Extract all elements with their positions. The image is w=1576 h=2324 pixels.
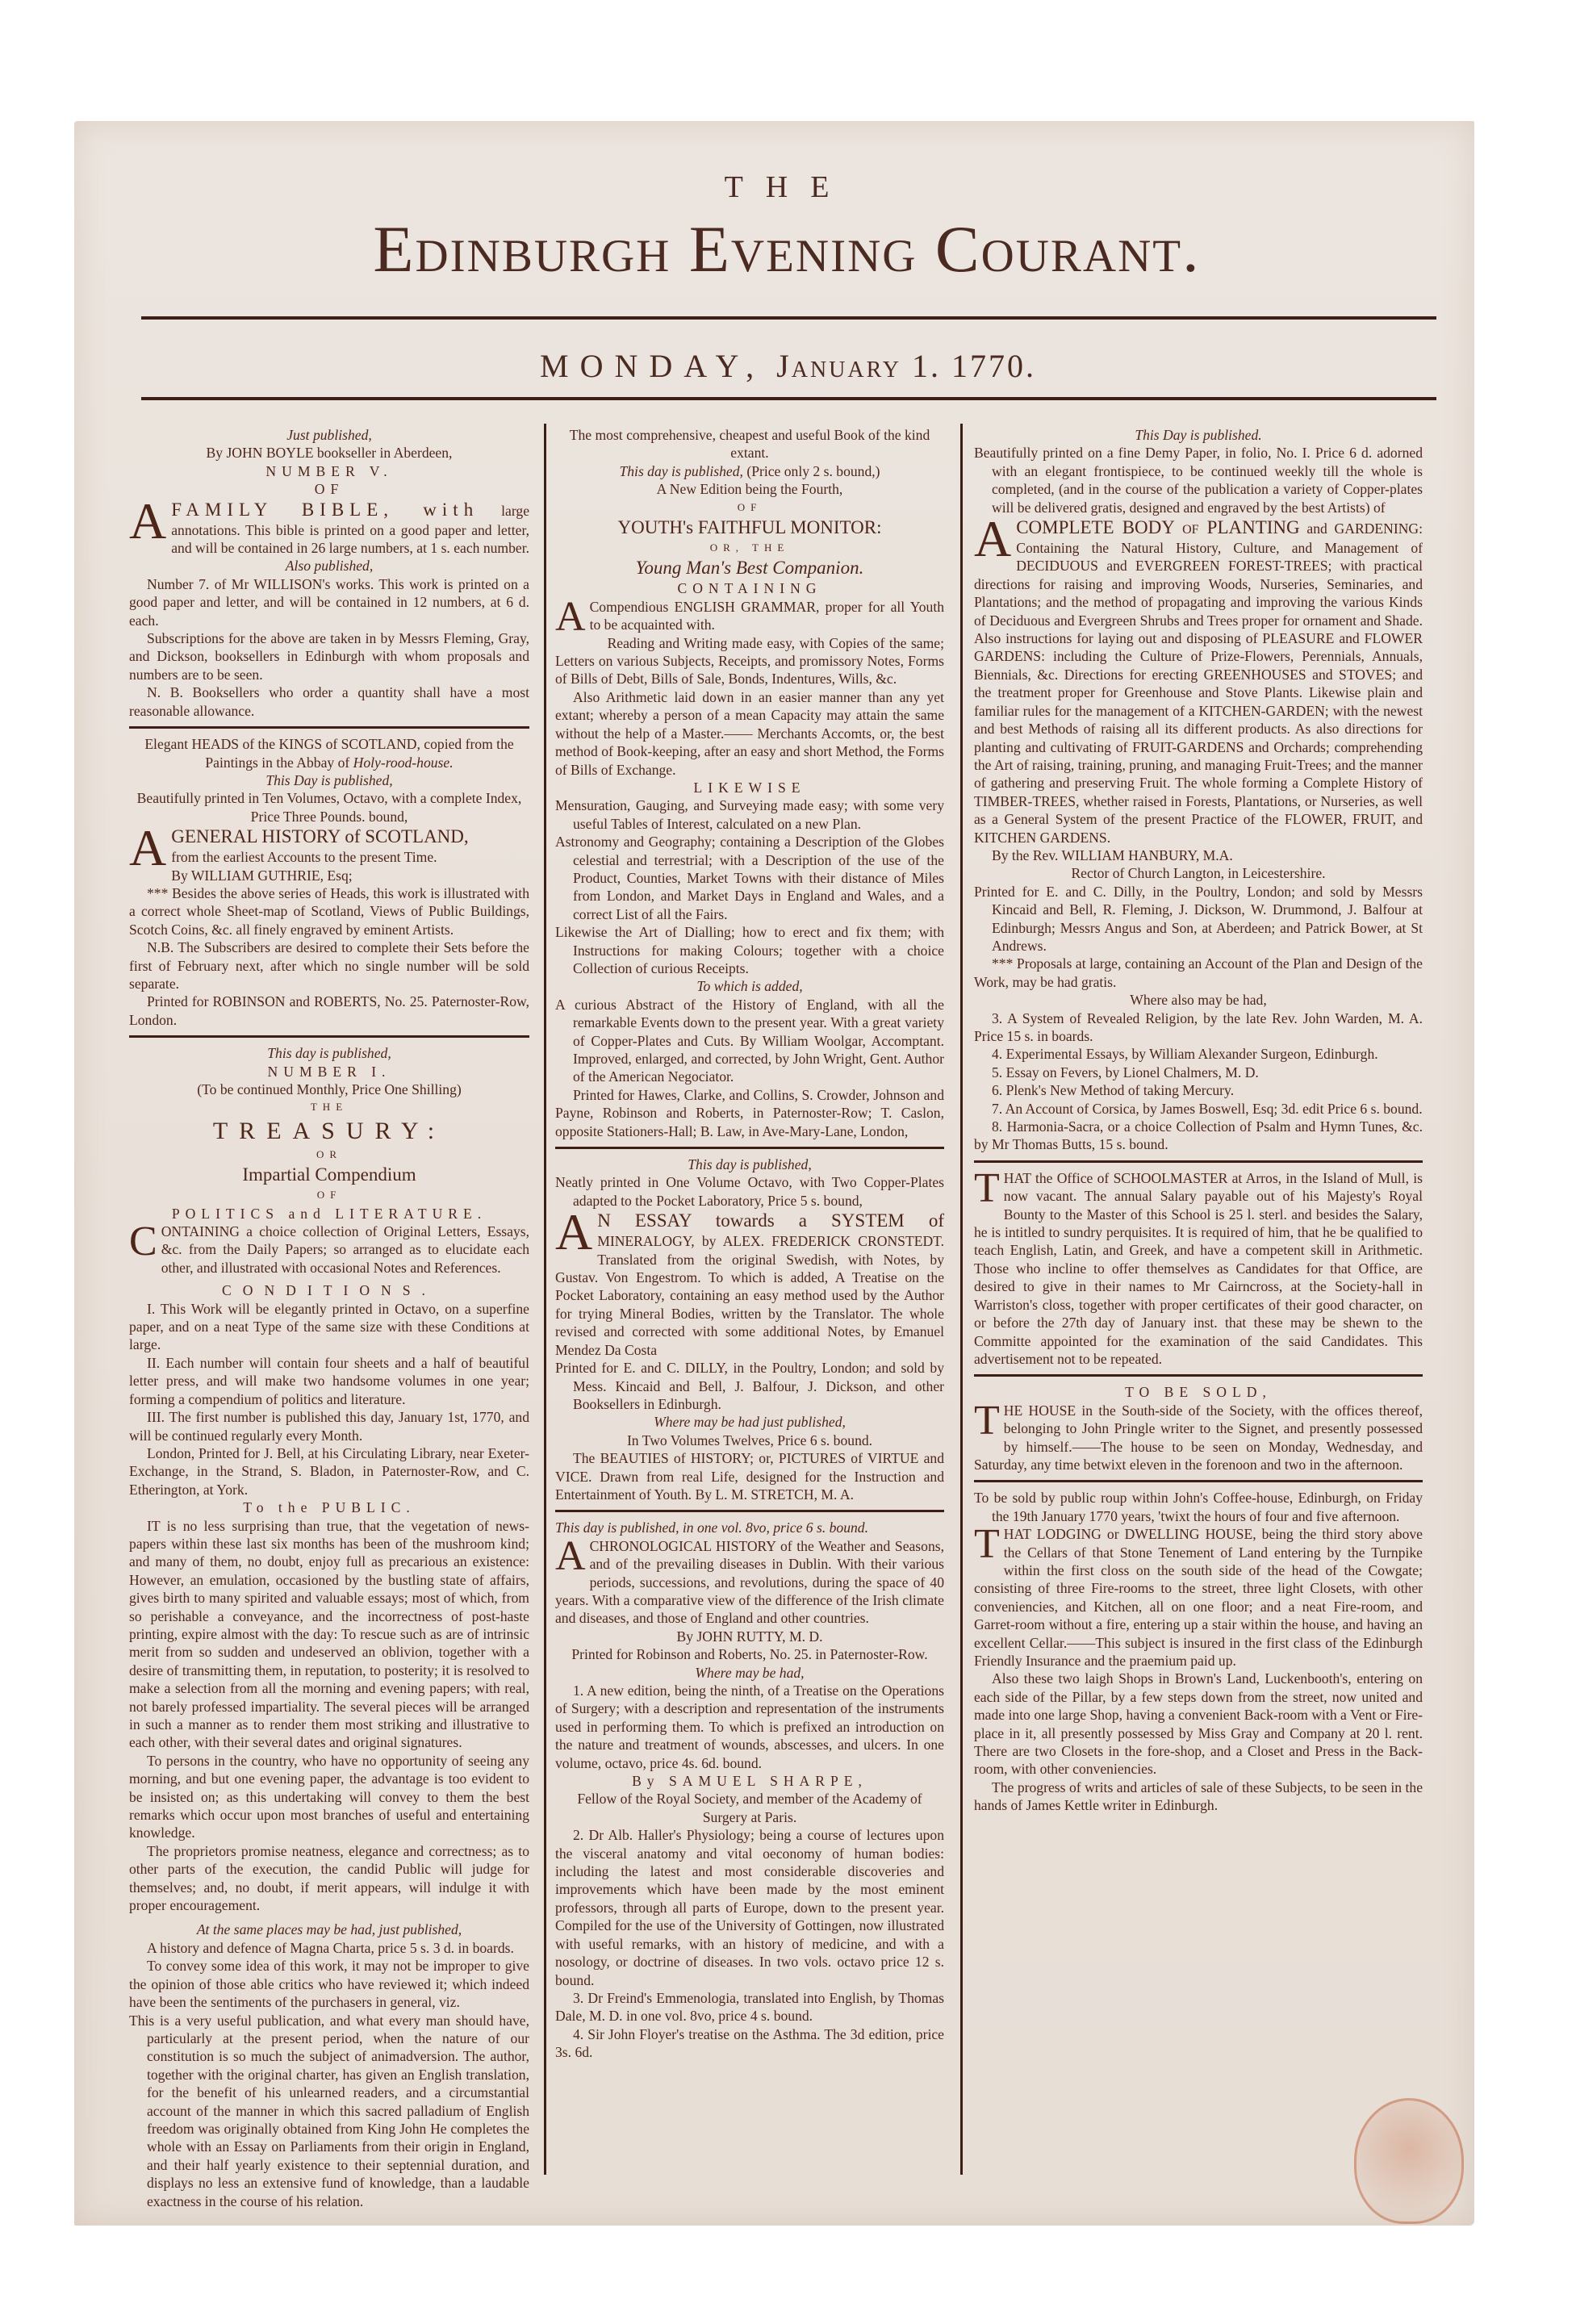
body: Also these two laigh Shops in Brown's La… — [974, 1670, 1423, 1778]
kicker: This Day is published. — [974, 426, 1423, 444]
masthead-rule-bottom — [141, 397, 1436, 400]
review-quote: This is a very useful publication, and w… — [129, 2012, 529, 2210]
kicker: Where also may be had, — [974, 991, 1423, 1009]
heads-line: Elegant HEADS of the KINGS of SCOTLAND, … — [144, 736, 513, 770]
kicker: This Day is published, — [129, 771, 529, 789]
drop-cap: T — [974, 1527, 1000, 1562]
headline: N ESSAY towards a SYSTEM of — [597, 1210, 944, 1231]
author: By SAMUEL SHARPE, — [555, 1772, 944, 1790]
drop-cap: A — [555, 600, 586, 635]
body: CHRONOLOGICAL HISTORY of the Weather and… — [555, 1538, 944, 1627]
body: N. B. Booksellers who order a quantity s… — [129, 683, 529, 720]
containing-line: CONTAINING — [555, 579, 944, 597]
body: IT is no less surprising than true, that… — [129, 1517, 529, 1752]
masthead-rule-top — [141, 316, 1436, 320]
drop-cap: T — [974, 1171, 1000, 1206]
body: Reading and Writing made easy, with Copi… — [555, 634, 944, 688]
list-item: 3. A System of Revealed Religion, by the… — [974, 1009, 1423, 1046]
section-rule — [129, 726, 529, 729]
kicker: Where may be had, — [555, 1664, 944, 1682]
imprint: Printed for E. and C. Dilly, in the Poul… — [974, 883, 1423, 955]
headline: FAMILY BIBLE, with — [171, 499, 479, 520]
column-3: This Day is published. Beautifully print… — [974, 426, 1423, 1815]
kicker: This day is published, — [555, 1156, 944, 1173]
of-line: OF — [129, 480, 529, 498]
imprint: Printed for E. and C. DILLY, in the Poul… — [555, 1359, 944, 1413]
heading: TO BE SOLD, — [974, 1383, 1423, 1401]
body: N.B. The Subscribers are desired to comp… — [129, 938, 529, 993]
imprint: London, Printed for J. Bell, at his Circ… — [129, 1444, 529, 1498]
number-line: NUMBER V. — [129, 462, 529, 480]
ad-mineralogy: This day is published, Neatly printed in… — [555, 1156, 944, 1503]
section-rule — [974, 1480, 1423, 1482]
continued-line: (To be continued Monthly, Price One Shil… — [129, 1080, 529, 1098]
body: Number 7. of Mr WILLISON's works. This w… — [129, 575, 529, 629]
of-line: OF — [555, 499, 944, 516]
body: A history and defence of Magna Charta, p… — [129, 1939, 529, 1957]
body: HAT LODGING or DWELLING HOUSE, being the… — [974, 1526, 1423, 1669]
body: ONTAINING a choice collection of Origina… — [161, 1223, 529, 1276]
list-item: 4. Sir John Floyer's treatise on the Ast… — [555, 2025, 944, 2062]
body: Neatly printed in One Volume Octavo, wit… — [555, 1173, 944, 1210]
headline: GENERAL HISTORY of SCOTLAND, — [171, 826, 468, 846]
ad-treasury: This day is published, NUMBER I. (To be … — [129, 1044, 529, 2210]
volumes: In Two Volumes Twelves, Price 6 s. bound… — [555, 1432, 944, 1449]
subtitle: Young Man's Best Companion. — [555, 557, 944, 579]
author-title: Fellow of the Royal Society, and member … — [555, 1790, 944, 1826]
kicker: Also published, — [129, 557, 529, 575]
list-item: 5. Essay on Fevers, by Lionel Chalmers, … — [974, 1064, 1423, 1081]
body: HAT the Office of SCHOOLMASTER at Arros,… — [974, 1170, 1423, 1367]
edition: A New Edition being the Fourth, — [555, 480, 944, 498]
body: To convey some idea of this work, it may… — [129, 1957, 529, 2011]
list-item: 8. Harmonia-Sacra, or a choice Collectio… — [974, 1118, 1423, 1154]
or-the-line: OR, THE — [555, 539, 944, 557]
body: *** Proposals at large, containing an Ac… — [974, 955, 1423, 991]
condition: III. The first number is published this … — [129, 1408, 529, 1444]
tax-stamp-seal — [1354, 2098, 1464, 2224]
likewise-heading: LIKEWISE — [555, 779, 944, 796]
subject: POLITICS and LITERATURE. — [129, 1205, 529, 1223]
title: YOUTH's FAITHFUL MONITOR: — [555, 516, 944, 539]
kicker: Just published, — [129, 426, 529, 444]
ad-public-roup: To be sold by public roup within John's … — [974, 1489, 1423, 1814]
number-line: NUMBER I. — [129, 1063, 529, 1080]
body: *** Besides the above series of Heads, t… — [129, 884, 529, 938]
ad-planting: This Day is published. Beautifully print… — [974, 426, 1423, 1154]
column-divider-1 — [544, 424, 546, 2175]
publisher-line: By JOHN BOYLE bookseller in Aberdeen, — [129, 444, 529, 462]
list-item: Mensuration, Gauging, and Surveying made… — [555, 796, 944, 833]
list-item: 4. Experimental Essays, by William Alexa… — [974, 1045, 1423, 1063]
body: The proprietors promise neatness, elegan… — [129, 1842, 529, 1915]
list-item: 6. Plenk's New Method of taking Mercury. — [974, 1081, 1423, 1099]
the-line: THE — [129, 1098, 529, 1116]
ad-house-for-sale: TO BE SOLD, THE HOUSE in the South-side … — [974, 1383, 1423, 1473]
conditions-heading: CONDITIONS. — [129, 1281, 529, 1299]
kicker: To which is added, — [555, 977, 944, 995]
section-rule — [129, 1035, 529, 1038]
body: Beautifully printed in Ten Volumes, Octa… — [129, 789, 529, 826]
drop-cap: A — [974, 518, 1011, 560]
column-1: Just published, By JOHN BOYLE bookseller… — [129, 426, 529, 2210]
section-rule — [974, 1374, 1423, 1377]
body: MINERALOGY, by ALEX. FREDERICK CRONSTEDT… — [555, 1233, 944, 1357]
list-item: 7. An Account of Corsica, by James Boswe… — [974, 1100, 1423, 1118]
body: A curious Abstract of the History of Eng… — [555, 996, 944, 1086]
body: HE HOUSE in the South-side of the Societ… — [974, 1402, 1423, 1473]
body: and GARDENING: Containing the Natural Hi… — [974, 520, 1423, 846]
list-item: 3. Dr Freind's Emmenologia, translated i… — [555, 1989, 944, 2025]
lead: To be sold by public roup within John's … — [974, 1489, 1423, 1525]
kicker: At the same places may be had, just publ… — [129, 1921, 529, 1938]
kicker: This day is published, — [619, 463, 742, 479]
body: Subscriptions for the above are taken in… — [129, 629, 529, 683]
body: The BEAUTIES of HISTORY; or, PICTURES of… — [555, 1449, 944, 1503]
masthead-the: THE — [0, 169, 1576, 205]
dateline-day: MONDAY, — [540, 348, 765, 384]
body: Compendious ENGLISH GRAMMAR, proper for … — [590, 599, 944, 633]
place: Holy-rood-house. — [353, 754, 454, 771]
ad-youths-monitor: The most comprehensive, cheapest and use… — [555, 426, 944, 1140]
headline: COMPLETE BODY of PLANTING — [1016, 517, 1299, 537]
dateline-date: January 1. 1770. — [776, 348, 1036, 384]
drop-cap: C — [129, 1224, 157, 1260]
kicker: This day is published, in one vol. 8vo, … — [555, 1519, 944, 1536]
ad-schoolmaster: THAT the Office of SCHOOLMASTER at Arros… — [974, 1169, 1423, 1368]
imprint: Printed for ROBINSON and ROBERTS, No. 25… — [129, 993, 529, 1029]
drop-cap: A — [555, 1539, 586, 1574]
section-rule — [555, 1147, 944, 1149]
section-rule — [555, 1510, 944, 1512]
imprint: Printed for Robinson and Roberts, No. 25… — [555, 1645, 944, 1663]
ad-weather-history: This day is published, in one vol. 8vo, … — [555, 1519, 944, 2061]
of-line: OF — [129, 1186, 529, 1204]
masthead-title: Edinburgh Evening Courant. — [121, 211, 1453, 287]
drop-cap: A — [555, 1211, 592, 1253]
author: By WILLIAM GUTHRIE, Esq; — [171, 867, 352, 884]
list-item: Likewise the Art of Dialling; how to ere… — [555, 923, 944, 977]
list-item: 1. A new edition, being the ninth, of a … — [555, 1682, 944, 1772]
subhead: from the earliest Accounts to the presen… — [171, 849, 437, 865]
author: By JOHN RUTTY, M. D. — [555, 1628, 944, 1645]
or-line: OR — [129, 1146, 529, 1164]
author-title: Rector of Church Langton, in Leicestersh… — [974, 864, 1423, 882]
imprint: Printed for Hawes, Clarke, and Collins, … — [555, 1086, 944, 1140]
title: TREASURY: — [129, 1117, 529, 1146]
list-item: Astronomy and Geography; containing a De… — [555, 833, 944, 923]
lead: The most comprehensive, cheapest and use… — [555, 426, 944, 462]
drop-cap: A — [129, 827, 166, 869]
price: (Price only 2 s. bound,) — [746, 463, 880, 479]
section-rule — [974, 1160, 1423, 1163]
body: Also Arithmetic laid down in an easier m… — [555, 688, 944, 779]
public-heading: To the PUBLIC. — [129, 1498, 529, 1516]
body: Beautifully printed on a fine Demy Paper… — [974, 444, 1423, 516]
column-2: The most comprehensive, cheapest and use… — [555, 426, 944, 2062]
author: By the Rev. WILLIAM HANBURY, M.A. — [974, 846, 1423, 864]
kicker: Where may be had just published, — [555, 1413, 944, 1431]
column-divider-2 — [960, 424, 963, 2175]
kicker: This day is published, — [129, 1044, 529, 1062]
condition: I. This Work will be elegantly printed i… — [129, 1300, 529, 1354]
ad-history-scotland: Elegant HEADS of the KINGS of SCOTLAND, … — [129, 735, 529, 1029]
ad-family-bible: Just published, By JOHN BOYLE bookseller… — [129, 426, 529, 720]
condition: II. Each number will contain four sheets… — [129, 1354, 529, 1408]
body: To persons in the country, who have no o… — [129, 1752, 529, 1842]
body: The progress of writs and articles of sa… — [974, 1779, 1423, 1815]
drop-cap: T — [974, 1403, 1000, 1439]
drop-cap: A — [129, 500, 166, 542]
list-item: 2. Dr Alb. Haller's Physiology; being a … — [555, 1826, 944, 1989]
subtitle: Impartial Compendium — [129, 1164, 529, 1186]
dateline: MONDAY, January 1. 1770. — [0, 347, 1576, 385]
